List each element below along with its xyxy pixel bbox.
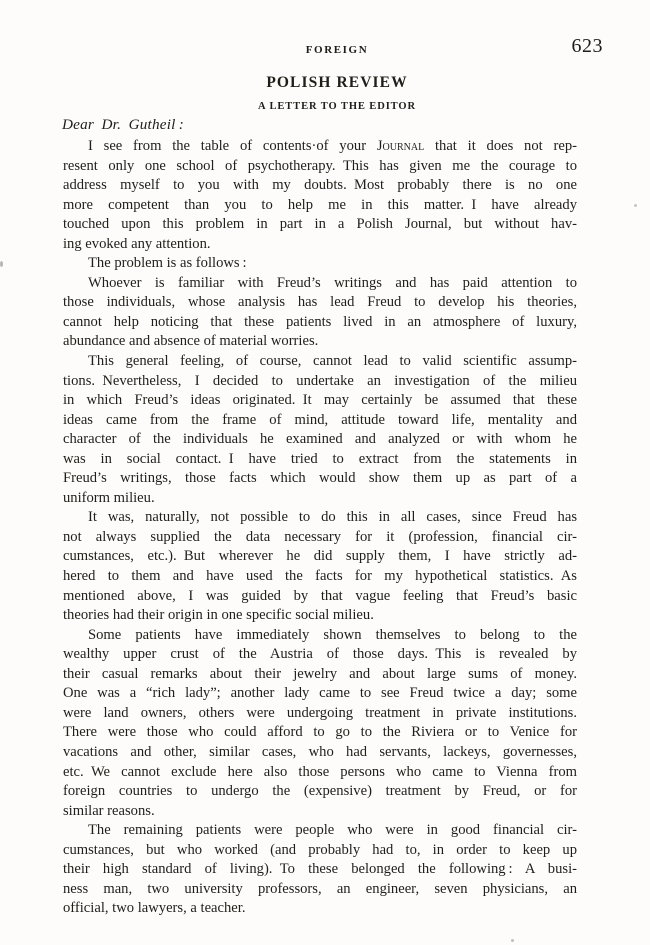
text-segment: ideas came from the frame of mind, attit… [63,412,577,428]
text-segment: uniform milieu. [63,490,155,506]
text-line: tions. Nevertheless, I decided to undert… [63,372,577,392]
text-segment: wealthy upper crust of the Austria of th… [63,646,577,662]
text-line: theories had their origin in one specifi… [63,606,577,626]
text-segment: more competent than you to help me in th… [63,197,577,213]
text-segment: The remaining patients were people who w… [88,822,577,838]
text-segment: their high standard of living). To these… [63,861,577,877]
paragraph: Some patients have immediately shown the… [63,626,577,821]
text-segment: cannot help noticing that these patients… [63,314,577,330]
text-segment: There were those who could afford to go … [63,724,577,740]
text-line: their high standard of living). To these… [63,860,577,880]
text-line: was in social contact. I have tried to e… [63,450,577,470]
text-line: those individuals, whose analysis has le… [63,293,577,313]
text-segment: those individuals, whose analysis has le… [63,294,577,310]
salutation: Dear Dr. Gutheil : [62,116,184,134]
text-line: mentioned above, I was guided by that va… [63,587,577,607]
text-line: their casual remarks about their jewelry… [63,665,577,685]
paragraph: It was, naturally, not possible to do th… [63,508,577,625]
text-line: were land owners, others were undergoing… [63,704,577,724]
text-segment: etc. We cannot exclude here also those p… [63,764,577,780]
text-line: This general feeling, of course, cannot … [63,352,577,372]
text-line: uniform milieu. [63,489,577,509]
text-segment: This general feeling, of course, cannot … [88,353,577,369]
paragraph: The remaining patients were people who w… [63,821,577,919]
text-segment: were land owners, others were undergoing… [63,705,577,721]
body-text: I see from the table of contents·of your… [63,137,577,919]
text-segment: I see from the table of contents·of your [88,138,377,154]
text-line: in which Freud’s ideas originated. It ma… [63,391,577,411]
article-subtitle: A LETTER TO THE EDITOR [80,101,594,112]
text-segment: tions. Nevertheless, I decided to undert… [63,373,577,389]
text-segment: that it does not rep- [424,138,577,154]
text-segment: address myself to you with my doubts. Mo… [63,177,577,193]
text-line: abundance and absence of material worrie… [63,332,577,352]
text-segment: Whoever is familiar with Freud’s writing… [88,275,577,291]
text-line: similar reasons. [63,802,577,822]
text-line: It was, naturally, not possible to do th… [63,508,577,528]
text-line: character of the individuals he examined… [63,430,577,450]
text-line: One was a “rich lady”; another lady came… [63,684,577,704]
text-line: cannot help noticing that these patients… [63,313,577,333]
text-segment: was in social contact. I have tried to e… [63,451,577,467]
text-line: ideas came from the frame of mind, attit… [63,411,577,431]
text-segment: character of the individuals he examined… [63,431,577,447]
page-number: 623 [572,35,604,58]
text-segment: foreign countries to undergo the (expens… [63,783,577,799]
text-line: resent only one school of psychotherapy.… [63,157,577,177]
text-line: wealthy upper crust of the Austria of th… [63,645,577,665]
text-line: official, two lawyers, a teacher. [63,899,577,919]
text-line: The remaining patients were people who w… [63,821,577,841]
text-segment: ing evoked any attention. [63,236,211,252]
text-line: I see from the table of contents·of your… [63,137,577,157]
text-segment: their casual remarks about their jewelry… [63,666,577,682]
text-line: address myself to you with my doubts. Mo… [63,176,577,196]
article-title: POLISH REVIEW [80,74,594,92]
smallcaps-word: Journal [377,138,424,154]
scan-speck [0,261,3,267]
journal-page: FOREIGN 623 POLISH REVIEW A LETTER TO TH… [0,0,650,945]
running-head: FOREIGN [306,44,369,56]
text-segment: Some patients have immediately shown the… [88,627,577,643]
paragraph: The problem is as follows : [63,254,577,274]
title-container: POLISH REVIEW [80,74,594,92]
text-segment: ness man, two university professors, an … [63,881,577,897]
text-segment: It was, naturally, not possible to do th… [88,509,577,525]
text-line: There were those who could afford to go … [63,723,577,743]
text-line: Whoever is familiar with Freud’s writing… [63,274,577,294]
text-segment: resent only one school of psychotherapy.… [63,158,577,174]
scan-speck [511,939,514,942]
text-line: The problem is as follows : [63,254,577,274]
text-segment: touched upon this problem in part in a P… [63,216,577,232]
text-line: cumstances, etc.). But wherever he did s… [63,547,577,567]
text-segment: cumstances, etc.). But wherever he did s… [63,548,577,564]
text-segment: theories had their origin in one specifi… [63,607,374,623]
paragraph: Whoever is familiar with Freud’s writing… [63,274,577,352]
text-line: Freud’s writings, those facts which woul… [63,469,577,489]
text-segment: vacations and other, similar cases, who … [63,744,577,760]
text-segment: One was a “rich lady”; another lady came… [63,685,577,701]
text-segment: official, two lawyers, a teacher. [63,900,245,916]
text-line: touched upon this problem in part in a P… [63,215,577,235]
text-line: ing evoked any attention. [63,235,577,255]
text-line: cumstances, but who worked (and probably… [63,841,577,861]
text-line: Some patients have immediately shown the… [63,626,577,646]
text-segment: abundance and absence of material worrie… [63,333,318,349]
text-line: foreign countries to undergo the (expens… [63,782,577,802]
text-segment: mentioned above, I was guided by that va… [63,588,577,604]
text-segment: The problem is as follows : [88,255,247,271]
subtitle-container: A LETTER TO THE EDITOR [80,101,594,112]
running-head-container: FOREIGN [80,40,594,58]
text-segment: in which Freud’s ideas originated. It ma… [63,392,577,408]
text-line: more competent than you to help me in th… [63,196,577,216]
text-segment: hered to them and have used the facts fo… [63,568,577,584]
paragraph: This general feeling, of course, cannot … [63,352,577,508]
text-line: ness man, two university professors, an … [63,880,577,900]
text-segment: cumstances, but who worked (and probably… [63,842,577,858]
paragraph: I see from the table of contents·of your… [63,137,577,254]
text-line: vacations and other, similar cases, who … [63,743,577,763]
text-segment: not always supplied the data necessary f… [63,529,577,545]
text-segment: similar reasons. [63,803,155,819]
text-line: not always supplied the data necessary f… [63,528,577,548]
text-line: hered to them and have used the facts fo… [63,567,577,587]
scan-speck [634,204,637,207]
text-segment: Freud’s writings, those facts which woul… [63,470,577,486]
text-line: etc. We cannot exclude here also those p… [63,763,577,783]
